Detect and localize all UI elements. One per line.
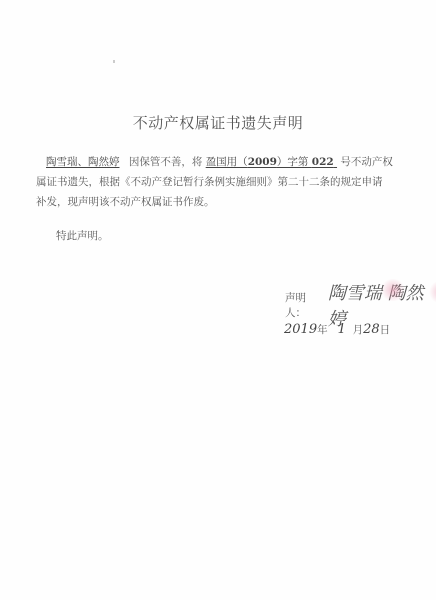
cert-no: 022	[312, 156, 334, 168]
closing-statement: 特此声明。	[56, 228, 109, 243]
date-month: 1	[338, 322, 346, 337]
body-text: 因保管不善，将	[126, 156, 206, 168]
date-day: 28	[363, 322, 380, 337]
certificate-number: 盈国用（2009）字第 022	[206, 156, 337, 168]
date-year: 2019	[284, 322, 317, 337]
scan-speck	[113, 60, 115, 63]
signature-label: 声明人：	[285, 290, 325, 320]
body-line-2: 属证书遗失，根据《不动产登记暂行条例实施细则》第二十二条的规定申请	[36, 172, 406, 192]
owner-names: 陶雪瑞、陶然婷	[36, 156, 126, 168]
cert-prefix: 盈国用（	[206, 156, 248, 168]
signature-row: 声明人： 陶雪瑞 陶然婷	[285, 290, 436, 320]
body-line-3: 补发，现声明该不动产权属证书作废。	[36, 192, 406, 212]
cert-mid: ）字第	[277, 156, 312, 168]
declaration-body: 陶雪瑞、陶然婷 因保管不善，将 盈国用（2009）字第 022 号不动产权 属证…	[36, 152, 406, 212]
body-line-1: 陶雪瑞、陶然婷 因保管不善，将 盈国用（2009）字第 022 号不动产权	[36, 152, 406, 172]
cert-year: 2009	[248, 156, 277, 168]
fingerprint-seal-icon	[380, 279, 406, 301]
year-label: 年	[317, 324, 328, 336]
document-title: 不动产权属证书遗失声明	[0, 112, 436, 133]
declaration-date: 2019年 1 月28日	[284, 322, 390, 337]
body-text: 号不动产权	[337, 156, 393, 168]
fingerprint-seal-icon	[428, 281, 436, 303]
month-label: 月	[353, 324, 364, 336]
day-label: 日	[380, 324, 391, 336]
